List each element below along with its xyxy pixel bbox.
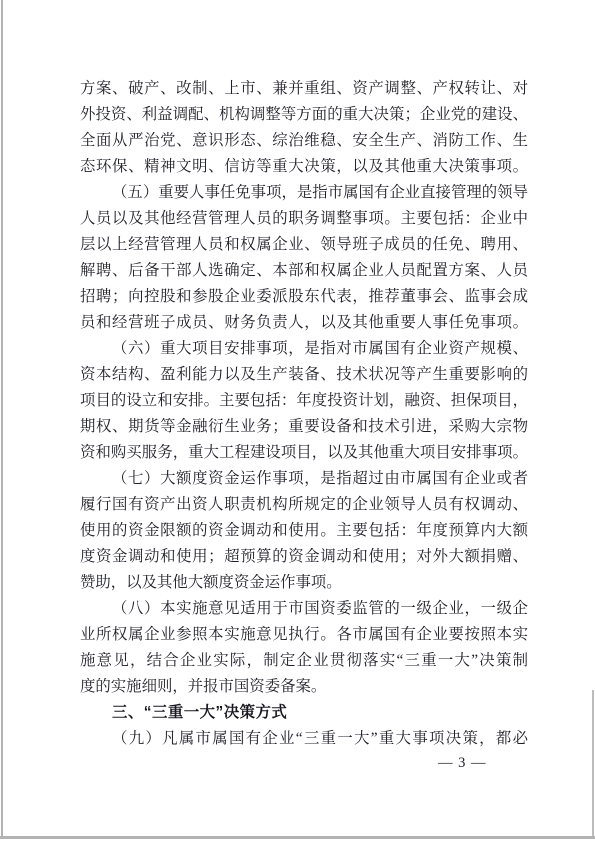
text-line: 度的实施细则，并报市国资委备案。 — [80, 674, 528, 700]
text-line: 期权、期货等金融衍生业务；重要设备和技术引进，采购大宗物 — [80, 414, 528, 440]
text-line: （七）大额度资金运作事项，是指超过由市属国有企业或者 — [80, 466, 528, 492]
text-line: 员和经营班子成员、财务负责人，以及其他重要人事任免事项。 — [80, 310, 528, 336]
text-line: 度资金调动和使用；超预算的资金调动和使用；对外大额捐赠、 — [80, 544, 528, 570]
document-page: 方案、破产、改制、上市、兼并重组、资产调整、产权转让、对外投资、利益调配、机构调… — [0, 0, 595, 843]
text-line: 人员以及其他经营管理人员的职务调整事项。主要包括：企业中 — [80, 206, 528, 232]
text-line: 项目的设立和安排。主要包括：年度投资计划，融资、担保项目， — [80, 388, 528, 414]
text-line: 招聘；向控股和参股企业委派股东代表，推荐董事会、监事会成 — [80, 284, 528, 310]
text-line: 态环保、精神文明、信访等重大决策，以及其他重大决策事项。 — [80, 154, 528, 180]
text-line: 全面从严治党、意识形态、综治维稳、安全生产、消防工作、生 — [80, 128, 528, 154]
text-line: 层以上经营管理人员和权属企业、领导班子成员的任免、聘用、 — [80, 232, 528, 258]
text-line: 资和购买服务，重大工程建设项目，以及其他重大项目安排事项。 — [80, 440, 528, 466]
text-line: （八）本实施意见适用于市国资委监管的一级企业，一级企 — [80, 596, 528, 622]
text-line: 赞助，以及其他大额度资金运作事项。 — [80, 570, 528, 596]
scan-edge-left — [1, 0, 3, 838]
text-line: 外投资、利益调配、机构调整等方面的重大决策；企业党的建设、 — [80, 102, 528, 128]
text-line: 解聘、后备干部人选确定、本部和权属企业人员配置方案、人员 — [80, 258, 528, 284]
text-line: 履行国有资产出资人职责机构所规定的企业领导人员有权调动、 — [80, 492, 528, 518]
text-line: 资本结构、盈利能力以及生产装备、技术状况等产生重要影响的 — [80, 362, 528, 388]
text-line: 方案、破产、改制、上市、兼并重组、资产调整、产权转让、对 — [80, 76, 528, 102]
section-heading: 三、“三重一大”决策方式 — [80, 700, 528, 726]
text-line: 施意见，结合企业实际，制定企业贯彻落实“三重一大”决策制 — [80, 648, 528, 674]
text-line: （九）凡属市属国有企业“三重一大”重大事项决策，都必 — [80, 726, 528, 752]
scan-edge-bottom — [0, 836, 595, 839]
scan-edge-right — [592, 690, 594, 836]
text-line: （五）重要人事任免事项，是指市属国有企业直接管理的领导 — [80, 180, 528, 206]
text-line: 业所权属企业参照本实施意见执行。各市属国有企业要按照本实 — [80, 622, 528, 648]
page-number: — 3 — — [438, 755, 498, 772]
document-text-block: 方案、破产、改制、上市、兼并重组、资产调整、产权转让、对外投资、利益调配、机构调… — [80, 76, 528, 752]
text-line: 使用的资金限额的资金调动和使用。主要包括：年度预算内大额 — [80, 518, 528, 544]
text-line: （六）重大项目安排事项，是指对市属国有企业资产规模、 — [80, 336, 528, 362]
